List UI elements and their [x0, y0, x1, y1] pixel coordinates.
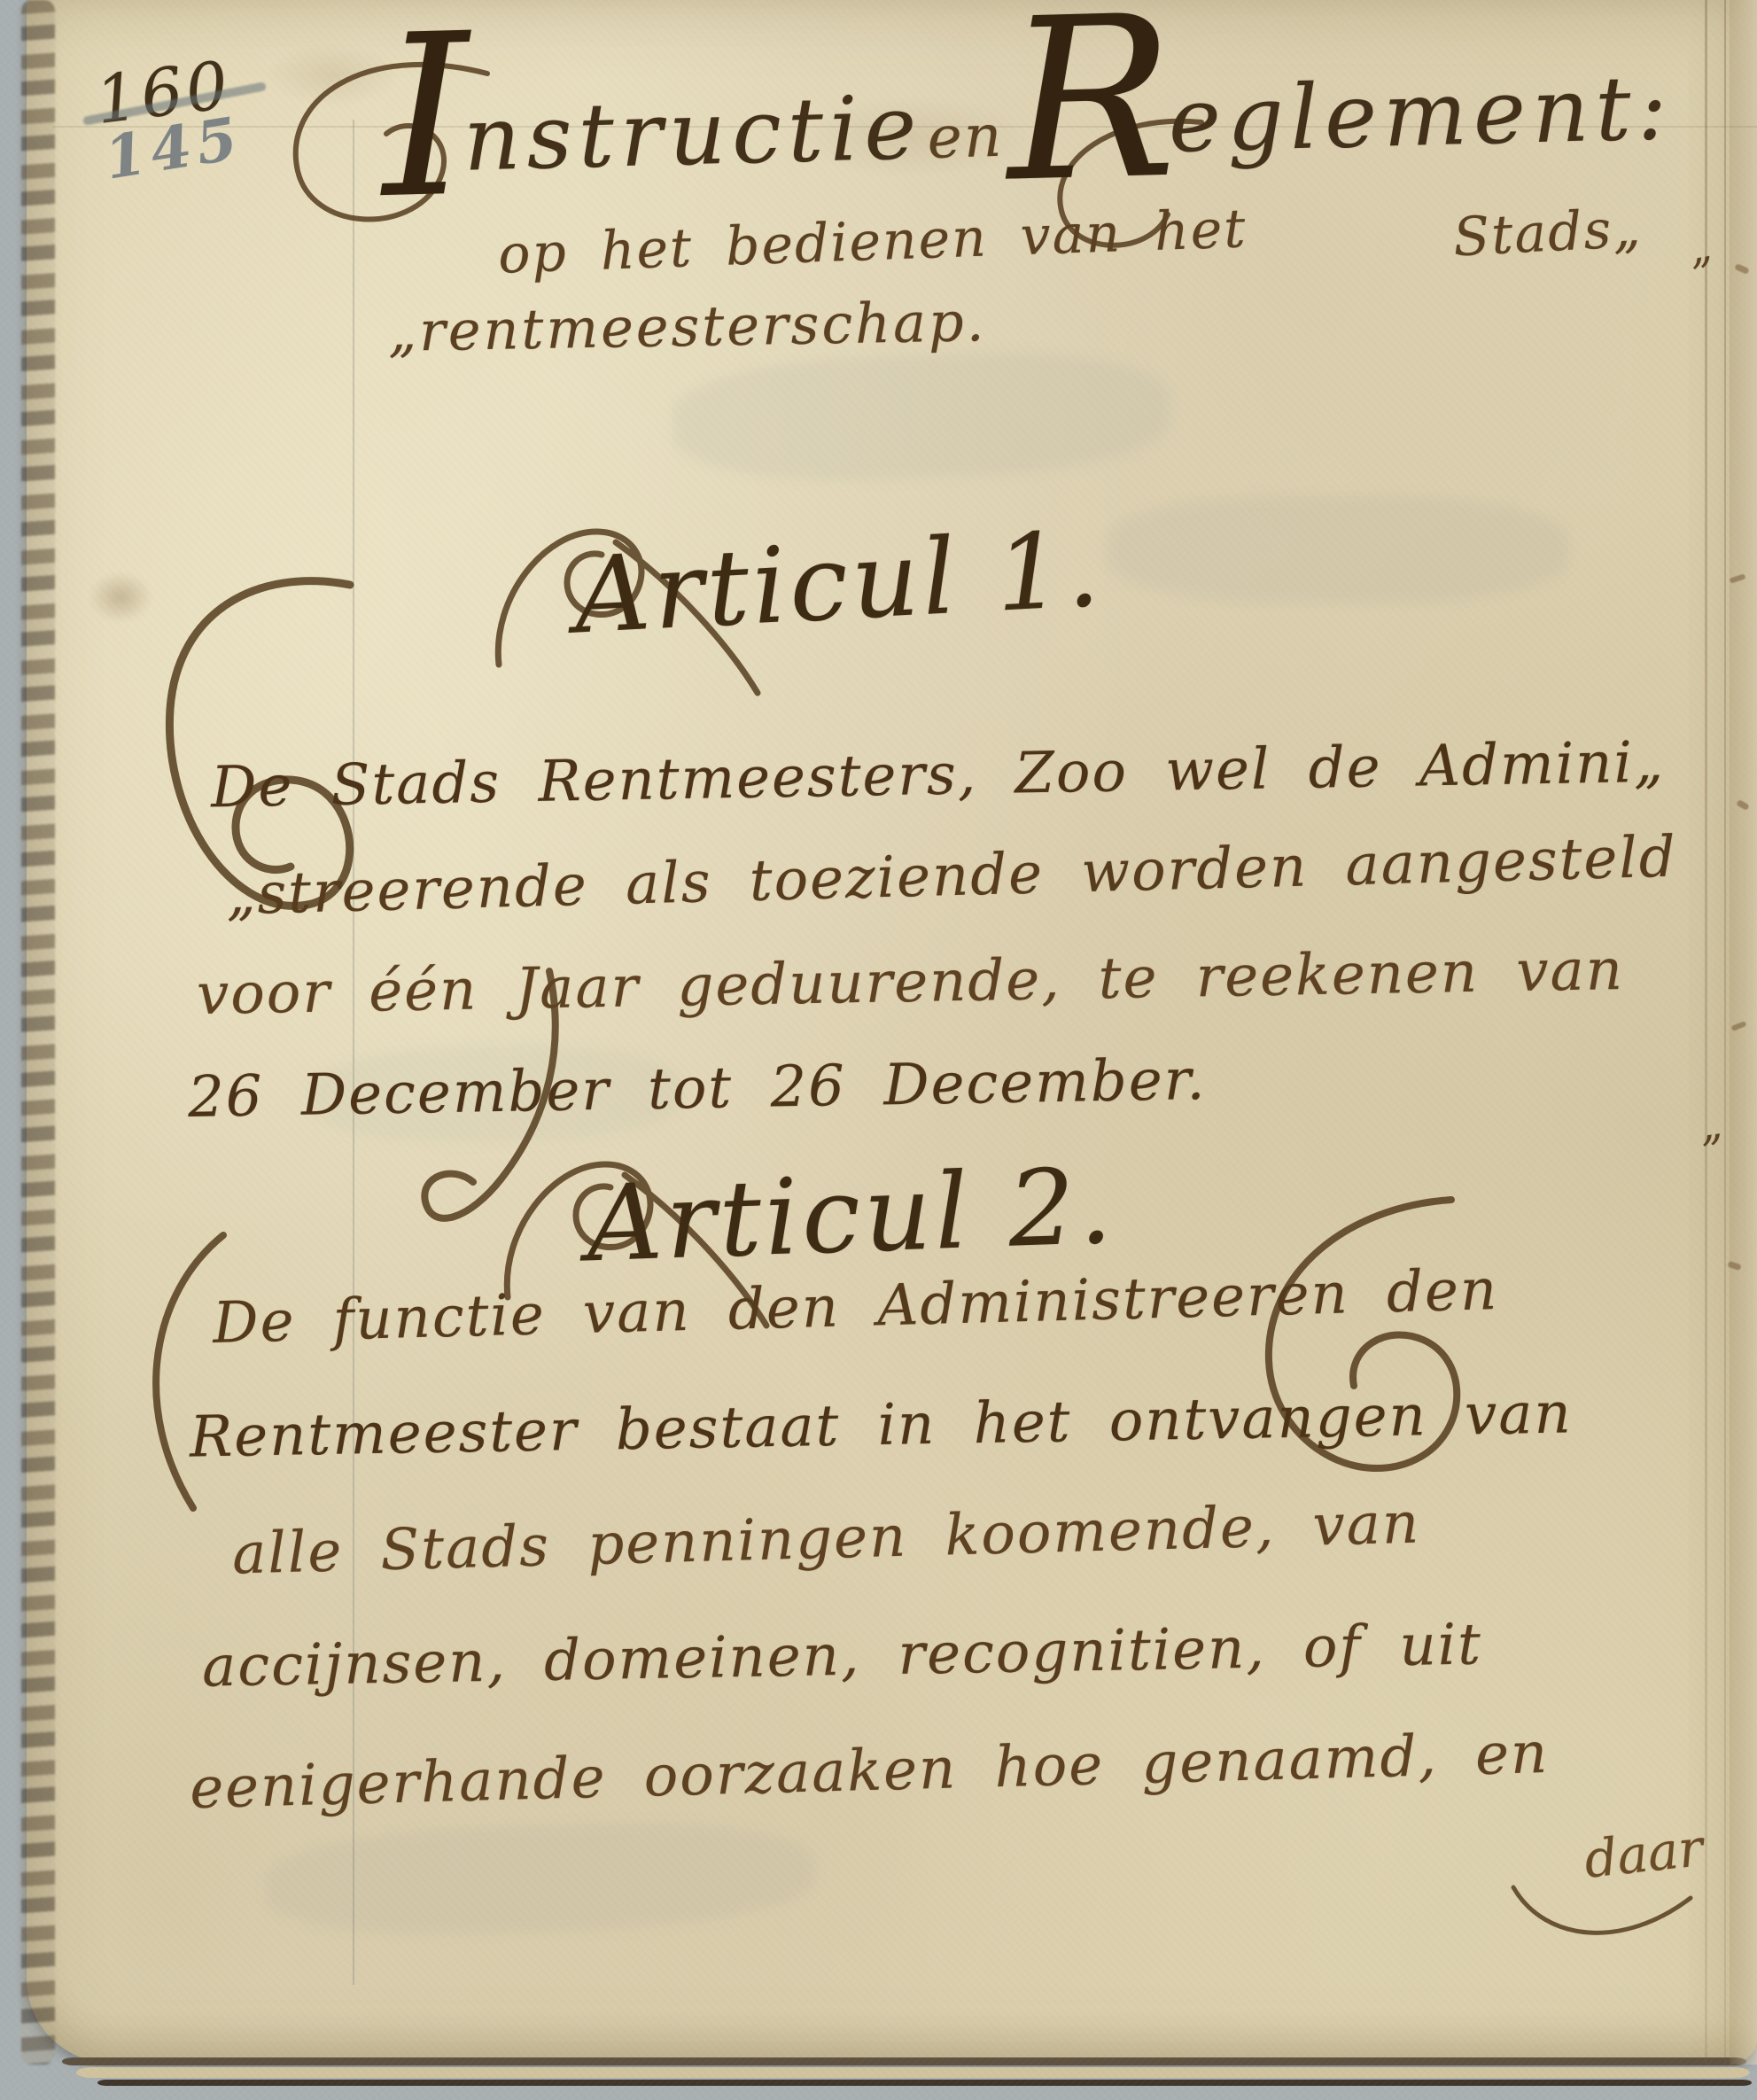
subtitle-line2: „rentmeesterschap. — [387, 289, 987, 364]
page-stack-edge — [62, 2057, 1746, 2065]
page-stack-edge — [97, 2080, 1752, 2086]
title-word-1: nstructie — [462, 75, 923, 191]
ruled-margin-line — [353, 120, 354, 1985]
title-initial-2: R — [1005, 9, 1170, 191]
torn-binding-edge — [21, 0, 55, 2065]
page-stack-edge — [76, 2067, 1750, 2078]
subtitle-line1-right: Stads„ — [1451, 197, 1644, 268]
show-through-smudge — [1108, 496, 1568, 603]
articul2-left-flourish — [124, 1223, 239, 1515]
title-initial-1: I — [379, 27, 465, 208]
scanned-manuscript-page: { "folio": { "old_number": "160", "new_n… — [0, 0, 1757, 2100]
catchword: daar — [1582, 1817, 1706, 1890]
articul2-right-flourish — [1240, 1175, 1489, 1512]
fold-line — [1705, 0, 1707, 2065]
title-word-2: eglement: — [1167, 56, 1675, 173]
articul2-heading: Articul 2. — [585, 1145, 1117, 1286]
next-page-edge — [1730, 0, 1757, 2065]
fold-line — [1724, 0, 1726, 2065]
ink-stain — [89, 572, 152, 623]
title-connector: en — [927, 102, 1005, 172]
document-title: Instructie en Reglement: — [378, 0, 1674, 193]
